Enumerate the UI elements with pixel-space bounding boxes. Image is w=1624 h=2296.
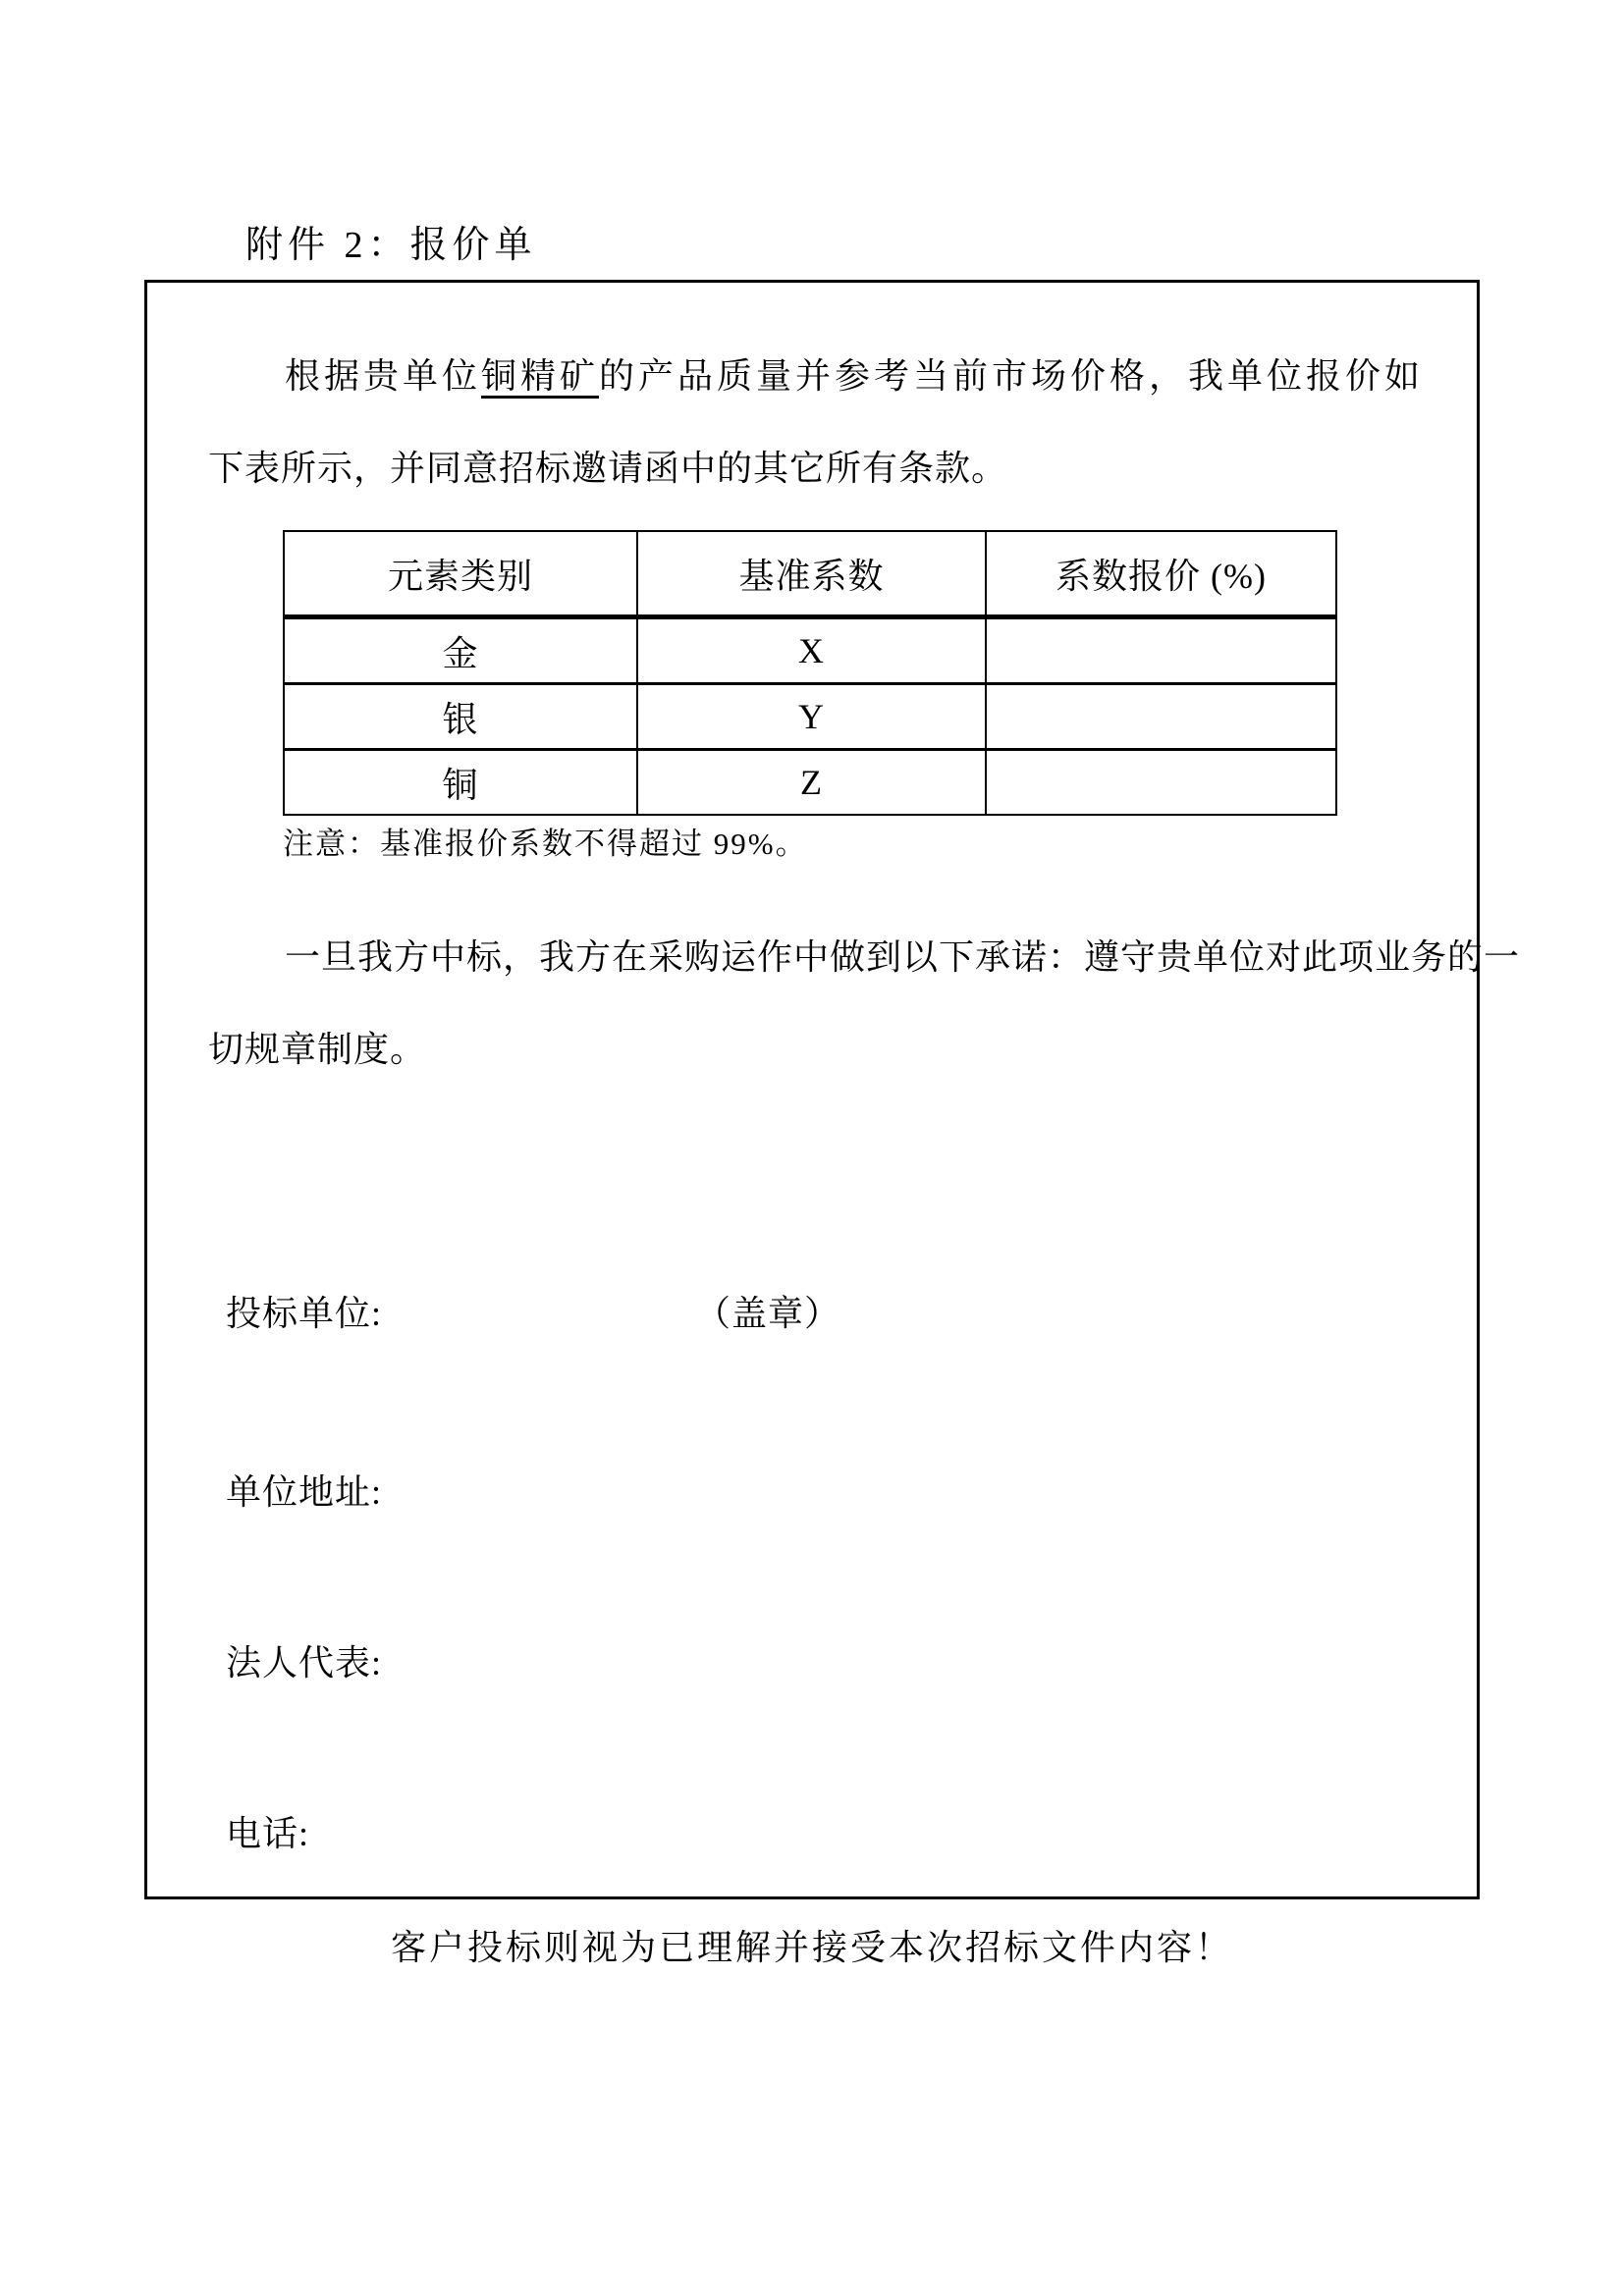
- phone-label: 电话:: [226, 1814, 309, 1853]
- quote-cell-copper[interactable]: [986, 750, 1336, 816]
- intro-line-1: 根据贵单位铜精矿的产品质量并参考当前市场价格，我单位报价如: [208, 330, 1426, 422]
- address-field: 单位地址:: [226, 1465, 382, 1515]
- intro-paragraph: 根据贵单位铜精矿的产品质量并参考当前市场价格，我单位报价如 下表所示，并同意招标…: [208, 330, 1426, 514]
- seal-label: （盖章）: [695, 1286, 840, 1336]
- commitment-paragraph: 一旦我方中标，我方在采购运作中做到以下承诺：遵守贵单位对此项业务的一 切规章制度…: [208, 911, 1426, 1095]
- table-row-gold: 金 X: [284, 617, 1336, 684]
- coefficient-cell-copper: Z: [637, 750, 986, 816]
- element-cell-gold: 金: [284, 617, 637, 684]
- bidder-field: 投标单位: （盖章）: [226, 1286, 382, 1336]
- quotation-form-box: 根据贵单位铜精矿的产品质量并参考当前市场价格，我单位报价如 下表所示，并同意招标…: [144, 280, 1480, 1899]
- table-note: 注意：基准报价系数不得超过 99%。: [283, 819, 808, 863]
- intro-line-2: 下表所示，并同意招标邀请函中的其它所有条款。: [208, 422, 1426, 514]
- table-row-silver: 银 Y: [284, 684, 1336, 750]
- header-base-coefficient: 基准系数: [637, 531, 986, 617]
- commitment-line-2: 切规章制度。: [208, 1003, 1426, 1095]
- footer-statement: 客户投标则视为已理解并接受本次招标文件内容！: [0, 1920, 1624, 1970]
- element-cell-copper: 铜: [284, 750, 637, 816]
- bidder-label: 投标单位:: [226, 1294, 382, 1333]
- header-coefficient-quote: 系数报价 (%): [986, 531, 1336, 617]
- address-label: 单位地址:: [226, 1472, 382, 1512]
- coefficient-quote-table: 元素类别 基准系数 系数报价 (%) 金 X 银 Y 铜 Z: [283, 530, 1337, 816]
- element-cell-silver: 银: [284, 684, 637, 750]
- table-header-row: 元素类别 基准系数 系数报价 (%): [284, 531, 1336, 617]
- coefficient-cell-gold: X: [637, 617, 986, 684]
- header-element-category: 元素类别: [284, 531, 637, 617]
- attachment-title: 附件 2：报价单: [245, 214, 537, 268]
- intro-text-pre: 根据贵单位: [285, 356, 481, 396]
- quote-cell-silver[interactable]: [986, 684, 1336, 750]
- commitment-line-1: 一旦我方中标，我方在采购运作中做到以下承诺：遵守贵单位对此项业务的一: [208, 911, 1426, 1003]
- underlined-product-name: 铜精矿: [481, 356, 599, 396]
- phone-field: 电话:: [226, 1806, 309, 1856]
- legal-rep-field: 法人代表:: [226, 1635, 382, 1685]
- table-row-copper: 铜 Z: [284, 750, 1336, 816]
- intro-text-post: 的产品质量并参考当前市场价格，我单位报价如: [599, 356, 1424, 396]
- quotation-document-page: 附件 2：报价单 根据贵单位铜精矿的产品质量并参考当前市场价格，我单位报价如 下…: [0, 0, 1624, 2296]
- coefficient-cell-silver: Y: [637, 684, 986, 750]
- legal-rep-label: 法人代表:: [226, 1643, 382, 1682]
- quote-cell-gold[interactable]: [986, 617, 1336, 684]
